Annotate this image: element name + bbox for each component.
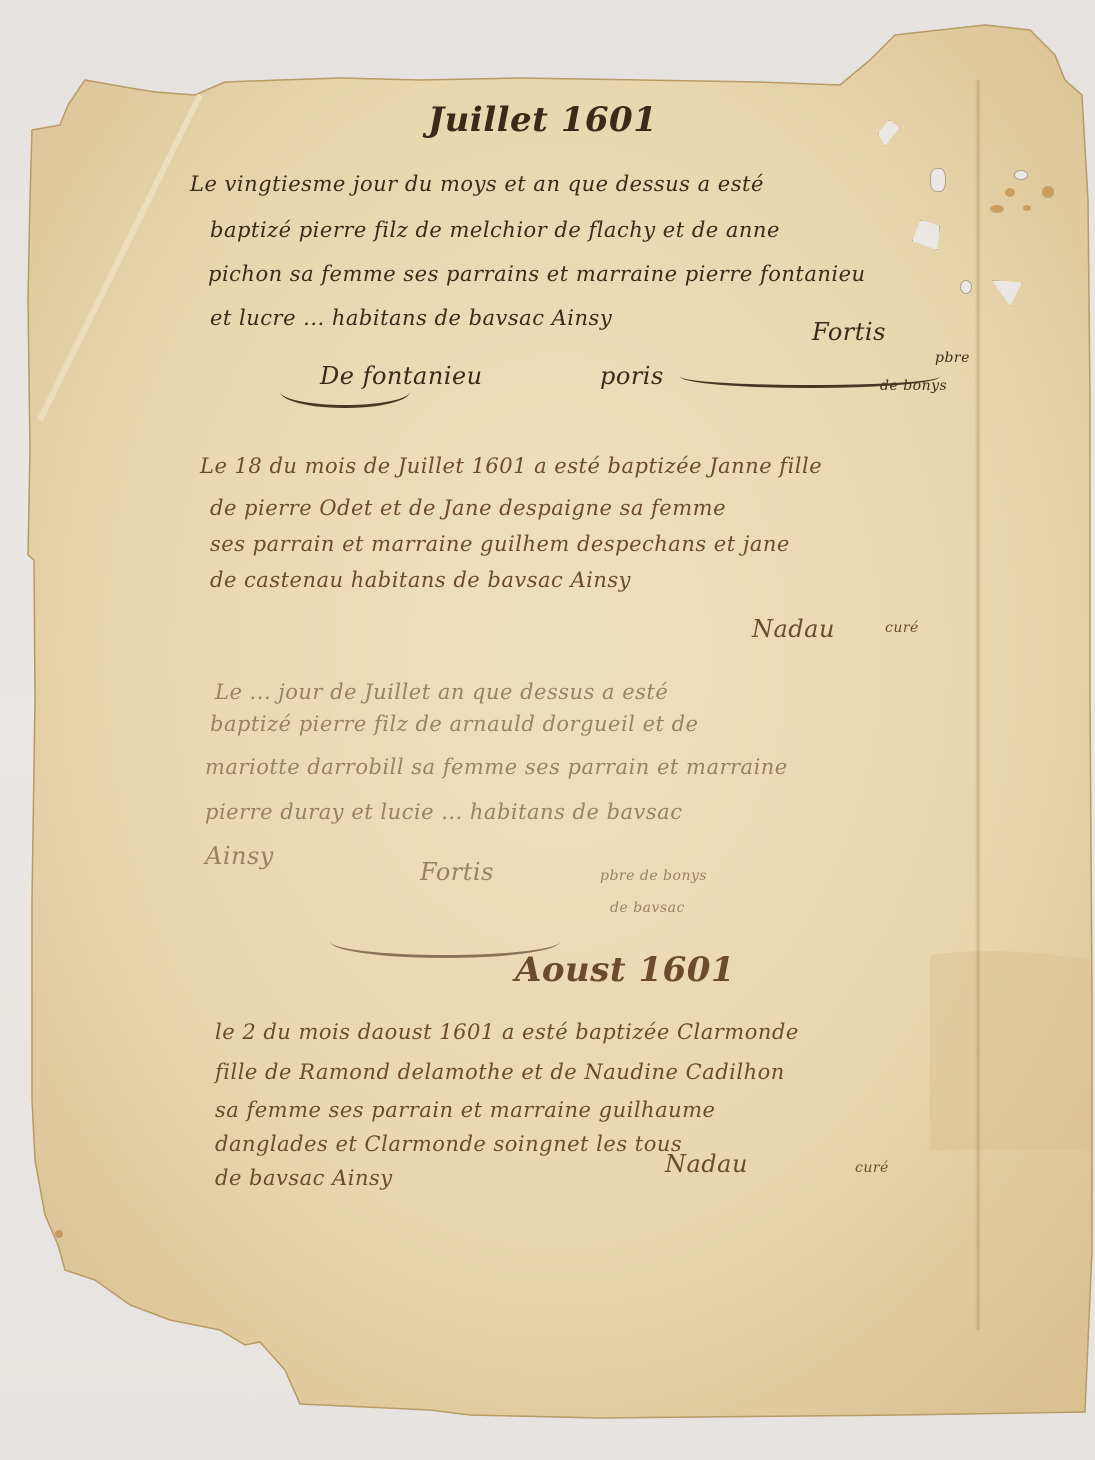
entry-line: ses parrain et marraine guilhem despecha… xyxy=(210,532,790,556)
signature: Fortis xyxy=(812,318,886,346)
entry-line: mariotte darrobill sa femme ses parrain … xyxy=(205,755,788,779)
entry-line: Le vingtiesme jour du moys et an que des… xyxy=(190,172,764,196)
entry-line: Le 18 du mois de Juillet 1601 a esté bap… xyxy=(200,454,822,478)
paper-hole xyxy=(930,168,946,192)
entry-line: pichon sa femme ses parrains et marraine… xyxy=(208,262,866,286)
signature: Nadau xyxy=(752,615,835,643)
ink-stain xyxy=(1042,186,1054,198)
signature: pbre xyxy=(935,350,970,366)
entry-line: et lucre ... habitans de bavsac Ainsy xyxy=(210,306,612,330)
viewer-background: Juillet 1601 Le vingtiesme jour du moys … xyxy=(0,0,1095,1460)
ink-stain xyxy=(55,1230,63,1238)
ink-stain xyxy=(1023,205,1031,211)
entry-line: sa femme ses parrain et marraine guilhau… xyxy=(215,1098,715,1122)
entry-line: de bavsac Ainsy xyxy=(215,1166,393,1190)
entry-line: baptizé pierre filz de melchior de flach… xyxy=(210,218,780,242)
ink-stain xyxy=(990,205,1004,213)
entry-line: fille de Ramond delamothe et de Naudine … xyxy=(215,1060,785,1084)
entry-line: danglades et Clarmonde soingnet les tous xyxy=(215,1132,682,1156)
entry-line: baptizé pierre filz de arnauld dorgueil … xyxy=(210,712,699,736)
signature: curé xyxy=(885,620,919,636)
signature: pbre de bonys xyxy=(600,868,707,884)
signature-flourish xyxy=(680,365,940,388)
paper-hole xyxy=(1014,170,1028,180)
signature: de bavsac xyxy=(610,900,685,916)
paper-fold-crease xyxy=(975,80,981,1330)
entry-line: de pierre Odet et de Jane despaigne sa f… xyxy=(210,496,726,520)
ink-stain xyxy=(1005,188,1015,197)
heading-aoust: Aoust 1601 xyxy=(515,950,735,990)
entry-line: de castenau habitans de bavsac Ainsy xyxy=(210,568,631,592)
signature: Nadau xyxy=(665,1150,748,1178)
signature-flourish xyxy=(280,375,410,408)
heading-juillet: Juillet 1601 xyxy=(428,100,657,140)
entry-line: le 2 du mois daoust 1601 a esté baptizée… xyxy=(215,1020,799,1044)
entry-line: pierre duray et lucie ... habitans de ba… xyxy=(205,800,682,824)
manuscript-page: Juillet 1601 Le vingtiesme jour du moys … xyxy=(0,0,1095,1460)
signature: poris xyxy=(600,362,664,390)
entry-line: Le ... jour de Juillet an que dessus a e… xyxy=(215,680,668,704)
signature: curé xyxy=(855,1160,889,1176)
signature: Fortis xyxy=(420,858,494,886)
signature: Ainsy xyxy=(205,842,274,870)
paper-hole xyxy=(960,280,972,294)
